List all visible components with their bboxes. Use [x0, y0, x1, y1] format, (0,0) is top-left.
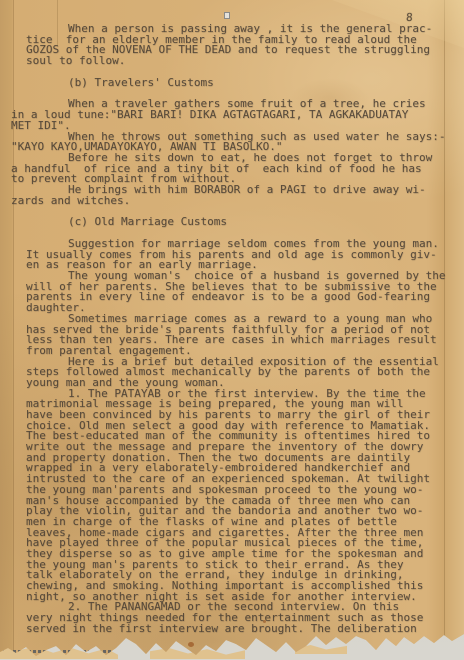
text-line: in a loud tune:"BARI BARI! DIKA AGTAGTAG…	[11, 110, 464, 121]
rust-spot	[188, 642, 194, 647]
text-line: soul to follow.	[26, 56, 464, 67]
text-line: served in the first interview are brough…	[26, 624, 464, 635]
paper-sheet: 8 When a person is passing away , it is …	[0, 0, 464, 660]
typewritten-text: When a person is passing away , it is th…	[0, 0, 464, 634]
section-heading-travelers-customs: (b) Travelers' Customs	[68, 78, 464, 89]
text-line: zards and witches.	[11, 196, 464, 207]
section-heading-old-marriage-customs: (c) Old Marriage Customs	[68, 217, 464, 228]
scanned-document-page: 8 When a person is passing away , it is …	[0, 0, 464, 660]
text-line: parents in every line of endeavor is to …	[26, 292, 464, 303]
